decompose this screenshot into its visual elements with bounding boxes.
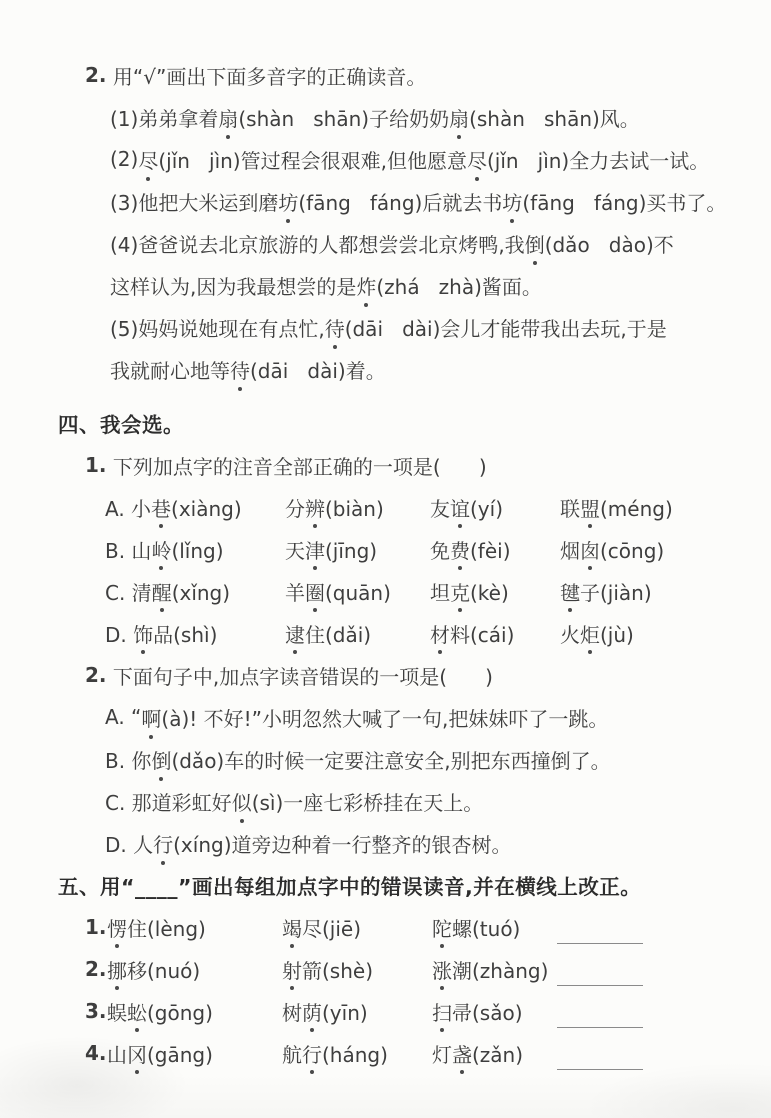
dotted-char: 挪: [107, 959, 127, 983]
term-cell: 蜈蚣(gōng): [107, 997, 282, 1026]
text-run: 子(jiàn): [580, 581, 652, 605]
dotted-char: 饰: [133, 623, 153, 647]
term-cell: 山冈(gāng): [107, 1039, 282, 1068]
text-run: 这样认为,因为我最想尝的是: [110, 271, 356, 300]
section-5-row-4: 4. 山冈(gāng) 航行(háng) 灯盏(zǎn): [0, 1032, 771, 1074]
term-cell: 扫帚(sǎo): [432, 997, 557, 1026]
option-cell: 烟囱(cōng): [560, 535, 664, 564]
text-run: 蜈: [107, 1001, 127, 1025]
text-run: 住(lèng): [127, 917, 206, 941]
answer-blank: [557, 927, 643, 944]
text-run: A. “: [105, 705, 141, 729]
text-run: (jīng): [325, 539, 377, 563]
dotted-char: 陀: [432, 917, 452, 941]
section-4-heading: 四、我会选。: [0, 402, 771, 444]
dotted-char: 扇: [218, 103, 238, 132]
term-cell: 灯盏(zǎn): [432, 1039, 557, 1068]
dotted-char: 扇: [449, 103, 469, 132]
text-run: 五、用“____”画出每组加点字中的错误读音,并在横线上改正。: [58, 870, 641, 900]
text-run: (gāng): [147, 1043, 213, 1067]
text-run: 羊: [285, 581, 305, 605]
text-run: (quān): [325, 581, 391, 605]
answer-blank: [557, 1053, 643, 1070]
text-run: (méng): [600, 497, 673, 521]
term-cell: 射箭(shè): [282, 955, 432, 984]
text-run: (fèi): [470, 539, 511, 563]
text-run: 友: [430, 497, 450, 521]
text-run: 烟: [560, 539, 580, 563]
term-cell: 挪移(nuó): [107, 955, 282, 984]
section-5-row-1: 1. 愣住(lèng) 竭尽(jiē) 陀螺(tuó): [0, 906, 771, 948]
term-cell: 涨潮(zhàng): [432, 955, 557, 984]
text-run: C. 清: [105, 581, 152, 605]
text-run: 灯: [432, 1043, 452, 1067]
option-cell: A. 小巷(xiàng): [105, 493, 285, 522]
question-2-item-1: (1)弟弟拿着扇(shàn shān)子给奶奶扇(shàn shān)风。: [0, 96, 771, 138]
text-run: (shàn shān)子给奶奶: [238, 103, 449, 132]
text-run: (2): [110, 147, 138, 171]
dotted-char: 谊: [450, 497, 470, 521]
text-run: 螺(tuó): [452, 917, 520, 941]
text-run: (jǐn jìn)管过程会很艰难,但他愿意: [158, 145, 467, 174]
question-2-item-5-cont: 我就耐心地等待(dāi dài)着。: [0, 348, 771, 390]
text-run: (yí): [470, 497, 503, 521]
option-cell: 毽子(jiàn): [560, 577, 652, 606]
text-run: (shàn shān)风。: [469, 103, 640, 132]
text-run: (5)妈妈说她现在有点忙,: [110, 313, 325, 342]
text-run: (gōng): [147, 1001, 213, 1025]
row-number: 2.: [85, 957, 107, 981]
option-sentence-a: A. “啊(à)! 不好!”小明忽然大喊了一句,把妹妹吓了一跳。: [0, 696, 771, 738]
option-cell: D. 饰品(shì): [105, 619, 285, 648]
text-run: 坦: [430, 581, 450, 605]
text-run: 免: [430, 539, 450, 563]
section-5-row-3: 3. 蜈蚣(gōng) 树荫(yīn) 扫帚(sǎo): [0, 990, 771, 1032]
text-run: (sì)一座七彩桥挂在天上。: [252, 787, 484, 816]
text-run: 树: [282, 1001, 302, 1025]
text-run: 分: [285, 497, 305, 521]
text-run: 火: [560, 623, 580, 647]
dotted-char: 岭: [151, 539, 171, 563]
option-sentence-d: D. 人行(xíng)道旁边种着一行整齐的银杏树。: [0, 822, 771, 864]
term-cell: 竭尽(jiē): [282, 913, 432, 942]
text-run: (zǎn): [472, 1043, 523, 1067]
option-row-c: C. 清醒(xǐng) 羊圈(quān) 坦克(kè) 毽子(jiàn): [0, 570, 771, 612]
text-run: (jù): [600, 623, 634, 647]
text-run: (xǐng): [172, 581, 230, 605]
text-run: (fāng fáng)后就去书: [298, 187, 502, 216]
question-2-item-5: (5)妈妈说她现在有点忙,待(dāi dài)会儿才能带我出去玩,于是: [0, 306, 771, 348]
text-run: 航: [282, 1043, 302, 1067]
text-run: D.: [105, 623, 133, 647]
dotted-char: 材: [430, 623, 450, 647]
dotted-char: 醒: [152, 581, 172, 605]
text-run: (háng): [322, 1043, 388, 1067]
dotted-char: 圈: [305, 581, 325, 605]
term-cell: 航行(háng): [282, 1039, 432, 1068]
term-cell: 树荫(yīn): [282, 997, 432, 1026]
term-cell: 陀螺(tuó): [432, 913, 557, 942]
text-run: C. 那道彩虹好: [105, 787, 232, 816]
option-row-a: A. 小巷(xiàng) 分辨(biàn) 友谊(yí) 联盟(méng): [0, 486, 771, 528]
dotted-char: 尽: [138, 145, 158, 174]
question-2-item-4: (4)爸爸说去北京旅游的人都想尝尝北京烤鸭,我倒(dǎo dào)不: [0, 222, 771, 264]
dotted-char: 荫: [302, 1001, 322, 1025]
dotted-char: 坊: [502, 187, 522, 216]
option-sentence-c: C. 那道彩虹好似(sì)一座七彩桥挂在天上。: [0, 780, 771, 822]
text-run: 2.: [85, 63, 107, 87]
text-run: 住(dǎi): [305, 623, 371, 647]
text-run: 联: [560, 497, 580, 521]
text-run: 料(cái): [450, 623, 514, 647]
dotted-char: 炸: [356, 271, 376, 300]
option-row-d: D. 饰品(shì) 逮住(dǎi) 材料(cái) 火炬(jù): [0, 612, 771, 654]
section-5-heading: 五、用“____”画出每组加点字中的错误读音,并在横线上改正。: [0, 864, 771, 906]
text-run: 下面句子中,加点字读音错误的一项是( ): [107, 661, 493, 690]
section-5-row-2: 2. 挪移(nuó) 射箭(shè) 涨潮(zhàng): [0, 948, 771, 990]
dotted-char: 似: [232, 787, 252, 816]
text-run: (fāng fáng)买书了。: [522, 187, 726, 216]
section-4-q1-prompt: 1. 下列加点字的注音全部正确的一项是( ): [0, 444, 771, 486]
dotted-char: 倒: [151, 745, 171, 774]
option-cell: 火炬(jù): [560, 619, 634, 648]
dotted-char: 尽: [467, 145, 487, 174]
text-run: 我就耐心地等: [110, 355, 230, 384]
text-run: 下列加点字的注音全部正确的一项是( ): [107, 451, 487, 480]
dotted-char: 射: [282, 959, 302, 983]
dotted-char: 炬: [580, 623, 600, 647]
dotted-char: 倒: [525, 229, 545, 258]
term-cell: 愣住(lèng): [107, 913, 282, 942]
text-run: (cōng): [600, 539, 664, 563]
section-4-q2-prompt: 2. 下面句子中,加点字读音错误的一项是( ): [0, 654, 771, 696]
option-cell: 坦克(kè): [430, 577, 560, 606]
text-run: D. 人: [105, 829, 153, 858]
text-run: (dāi dài)会儿才能带我出去玩,于是: [345, 313, 667, 342]
question-2-item-3: (3)他把大米运到磨坊(fāng fáng)后就去书坊(fāng fáng)买书…: [0, 180, 771, 222]
text-run: (yīn): [322, 1001, 368, 1025]
text-run: (à)! 不好!”小明忽然大喊了一句,把妹妹吓了一跳。: [161, 703, 608, 732]
dotted-char: 竭: [282, 917, 302, 941]
dotted-char: 逮: [285, 623, 305, 647]
dotted-char: 克: [450, 581, 470, 605]
text-run: 品(shì): [153, 623, 217, 647]
text-run: (zhá zhà)酱面。: [376, 271, 542, 300]
text-run: 潮(zhàng): [452, 959, 548, 983]
option-cell: 友谊(yí): [430, 493, 560, 522]
option-row-b: B. 山岭(lǐng) 天津(jīng) 免费(fèi) 烟囱(cōng): [0, 528, 771, 570]
row-number: 4.: [85, 1041, 107, 1065]
text-run: (4)爸爸说去北京旅游的人都想尝尝北京烤鸭,我: [110, 229, 525, 258]
option-cell: B. 山岭(lǐng): [105, 535, 285, 564]
worksheet-content: 2. 用“√”画出下面多音字的正确读音。 (1)弟弟拿着扇(shàn shān)…: [0, 0, 771, 1074]
question-2-item-2: (2)尽(jǐn jìn)管过程会很艰难,但他愿意尽(jǐn jìn)全力去试一…: [0, 138, 771, 180]
dotted-char: 辨: [305, 497, 325, 521]
dotted-char: 行: [153, 829, 173, 858]
dotted-char: 坊: [278, 187, 298, 216]
text-run: B. 你: [105, 745, 151, 774]
option-cell: C. 清醒(xǐng): [105, 577, 285, 606]
text-run: (biàn): [325, 497, 384, 521]
text-run: B. 山: [105, 539, 151, 563]
option-sentence-b: B. 你倒(dǎo)车的时候一定要注意安全,别把东西撞倒了。: [0, 738, 771, 780]
option-cell: 天津(jīng): [285, 535, 430, 564]
row-number: 3.: [85, 999, 107, 1023]
text-run: 2.: [85, 663, 107, 687]
dotted-char: 待: [230, 355, 250, 384]
text-run: (3)他把大米运到磨: [110, 187, 278, 216]
text-run: (xiàng): [171, 497, 242, 521]
text-run: 箭(shè): [302, 959, 373, 983]
dotted-char: 津: [305, 539, 325, 563]
text-run: (dǎo)车的时候一定要注意安全,别把东西撞倒了。: [171, 745, 610, 774]
text-run: (lǐng): [171, 539, 223, 563]
text-run: (dǎo dào)不: [545, 229, 674, 258]
text-run: 用“√”画出下面多音字的正确读音。: [107, 61, 427, 90]
option-cell: 材料(cái): [430, 619, 560, 648]
option-cell: 分辨(biàn): [285, 493, 430, 522]
dotted-char: 冈: [127, 1043, 147, 1067]
dotted-char: 盟: [580, 497, 600, 521]
question-2-prompt: 2. 用“√”画出下面多音字的正确读音。: [0, 54, 771, 96]
dotted-char: 蚣: [127, 1001, 147, 1025]
dotted-char: 愣: [107, 917, 127, 941]
option-cell: 免费(fèi): [430, 535, 560, 564]
question-2-item-4-cont: 这样认为,因为我最想尝的是炸(zhá zhà)酱面。: [0, 264, 771, 306]
text-run: 帚(sǎo): [452, 1001, 523, 1025]
dotted-char: 涨: [432, 959, 452, 983]
text-run: 四、我会选。: [58, 408, 184, 438]
text-run: (kè): [470, 581, 509, 605]
dotted-char: 盏: [452, 1043, 472, 1067]
option-cell: 逮住(dǎi): [285, 619, 430, 648]
dotted-char: 啊: [141, 703, 161, 732]
dotted-char: 行: [302, 1043, 322, 1067]
option-cell: 联盟(méng): [560, 493, 673, 522]
text-run: (jǐn jìn)全力去试一试。: [487, 145, 709, 174]
text-run: 山: [107, 1043, 127, 1067]
dotted-char: 巷: [151, 497, 171, 521]
text-run: 移(nuó): [127, 959, 200, 983]
dotted-char: 囱: [580, 539, 600, 563]
text-run: 尽(jiē): [302, 917, 361, 941]
dotted-char: 费: [450, 539, 470, 563]
dotted-char: 待: [325, 313, 345, 342]
answer-blank: [557, 1011, 643, 1028]
dotted-char: 毽: [560, 581, 580, 605]
answer-blank: [557, 969, 643, 986]
text-run: (dāi dài)着。: [250, 355, 386, 384]
option-cell: 羊圈(quān): [285, 577, 430, 606]
text-run: 天: [285, 539, 305, 563]
dotted-char: 扫: [432, 1001, 452, 1025]
text-run: (xíng)道旁边种着一行整齐的银杏树。: [173, 829, 511, 858]
text-run: 1.: [85, 453, 107, 477]
row-number: 1.: [85, 915, 107, 939]
text-run: (1)弟弟拿着: [110, 103, 218, 132]
worksheet-page: 2. 用“√”画出下面多音字的正确读音。 (1)弟弟拿着扇(shàn shān)…: [0, 0, 771, 1118]
text-run: A. 小: [105, 497, 151, 521]
